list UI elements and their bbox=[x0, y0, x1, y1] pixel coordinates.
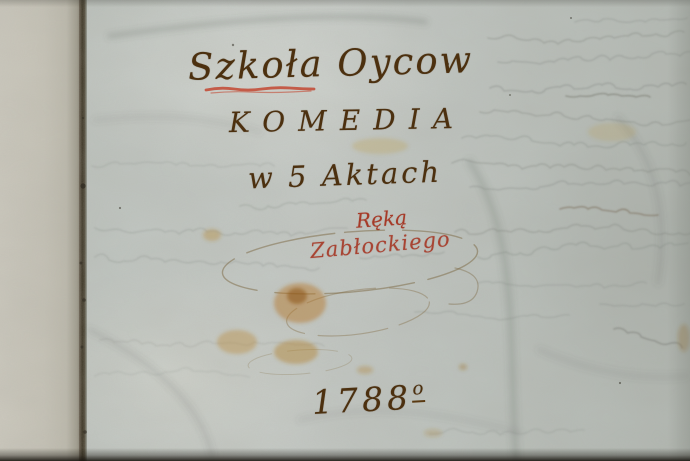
year-digits: 1788 bbox=[311, 378, 413, 422]
manuscript-photo: Szkoła Oycow KOMEDIA w 5 Aktach Ręką Zab… bbox=[0, 0, 690, 461]
year-ordinal-suffix: o bbox=[411, 378, 425, 403]
year-inscription: 1788o bbox=[311, 377, 426, 422]
right-edge-shadow bbox=[668, 0, 690, 461]
manuscript-title: Szkoła Oycow bbox=[187, 38, 473, 88]
bottom-edge-shadow bbox=[0, 448, 690, 461]
genre-heading: KOMEDIA bbox=[229, 102, 467, 139]
red-hand-note-line1: Ręką bbox=[355, 205, 407, 232]
acts-subtitle: w 5 Aktach bbox=[247, 155, 442, 196]
top-edge-shadow bbox=[0, 0, 690, 7]
